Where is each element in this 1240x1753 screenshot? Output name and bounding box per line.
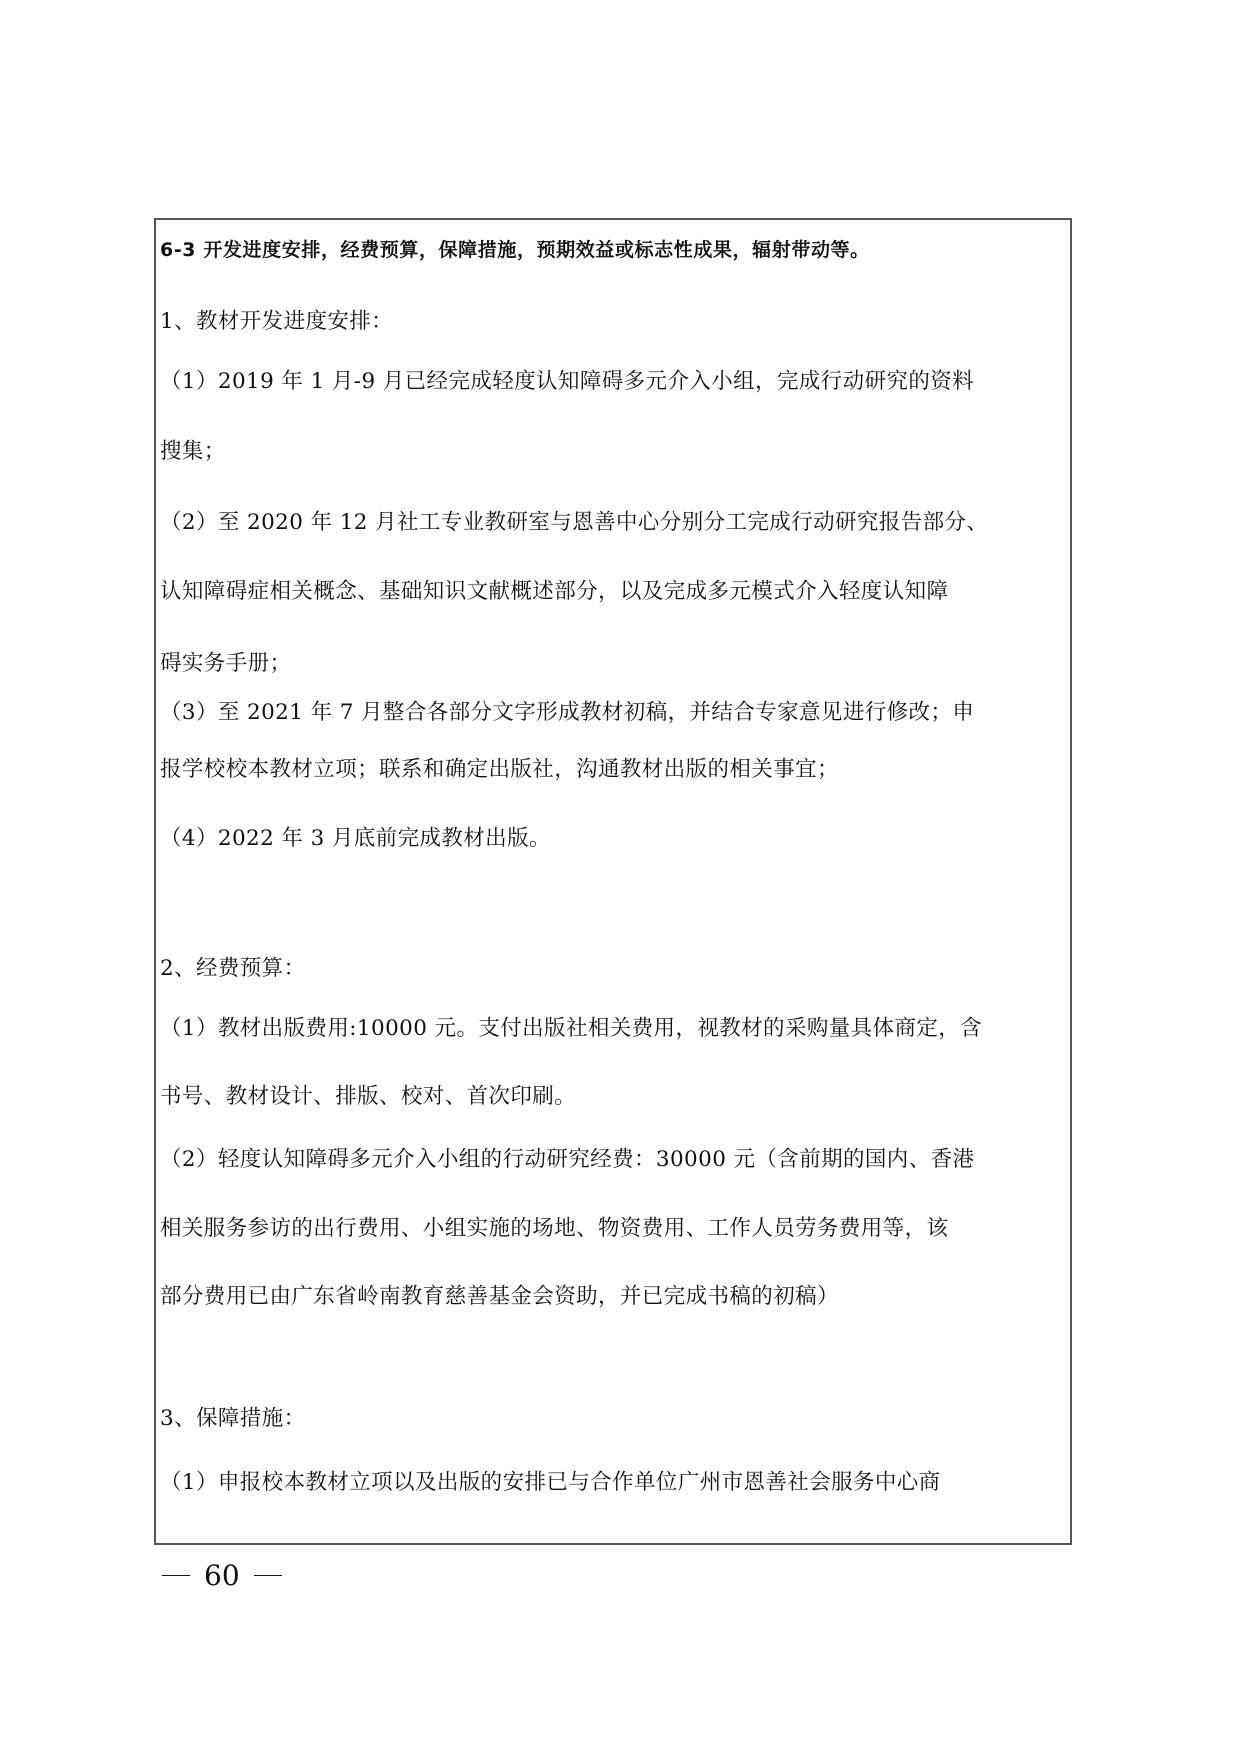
page-number: 60: [204, 1559, 240, 1592]
schedule-item-4-line-1: （4）2022 年 3 月底前完成教材出版。: [160, 825, 1072, 853]
dash-decoration: [254, 1575, 282, 1576]
schedule-item-2-line-2: 认知障碍症相关概念、基础知识文献概述部分，以及完成多元模式介入轻度认知障: [160, 578, 1072, 606]
schedule-item-1-line-1: （1）2019 年 1 月-9 月已经完成轻度认知障碍多元介入小组，完成行动研究…: [160, 368, 1072, 396]
section-title-budget: 2、经费预算：: [160, 955, 1072, 983]
schedule-item-3-line-2: 报学校校本教材立项；联系和确定出版社，沟通教材出版的相关事宜；: [160, 756, 1072, 784]
budget-item-1-line-2: 书号、教材设计、排版、校对、首次印刷。: [160, 1083, 1072, 1111]
section-heading: 6-3 开发进度安排，经费预算，保障措施，预期效益或标志性成果，辐射带动等。: [160, 236, 1072, 264]
schedule-item-3-line-1: （3）至 2021 年 7 月整合各部分文字形成教材初稿，并结合专家意见进行修改…: [160, 699, 1072, 727]
budget-item-1-line-1: （1）教材出版费用:10000 元。支付出版社相关费用，视教材的采购量具体商定，…: [160, 1015, 1072, 1043]
form-table-cell-border: [154, 218, 1072, 1545]
schedule-item-2-line-1: （2）至 2020 年 12 月社工专业教研室与恩善中心分别分工完成行动研究报告…: [160, 509, 1072, 537]
safeguard-item-1-line-1: （1）申报校本教材立项以及出版的安排已与合作单位广州市恩善社会服务中心商: [160, 1469, 1072, 1497]
budget-item-2-line-3: 部分费用已由广东省岭南教育慈善基金会资助，并已完成书稿的初稿）: [160, 1283, 1072, 1311]
section-title-schedule: 1、教材开发进度安排：: [160, 308, 1072, 336]
section-title-safeguards: 3、保障措施：: [160, 1405, 1072, 1433]
schedule-item-1-line-2: 搜集；: [160, 438, 1072, 466]
page-footer: 60: [162, 1558, 296, 1594]
budget-item-2-line-2: 相关服务参访的出行费用、小组实施的场地、物资费用、工作人员劳务费用等，该: [160, 1215, 1072, 1243]
schedule-item-2-line-3: 碍实务手册；: [160, 650, 1072, 678]
budget-item-2-line-1: （2）轻度认知障碍多元介入小组的行动研究经费：30000 元（含前期的国内、香港: [160, 1146, 1072, 1174]
dash-decoration: [162, 1575, 190, 1576]
